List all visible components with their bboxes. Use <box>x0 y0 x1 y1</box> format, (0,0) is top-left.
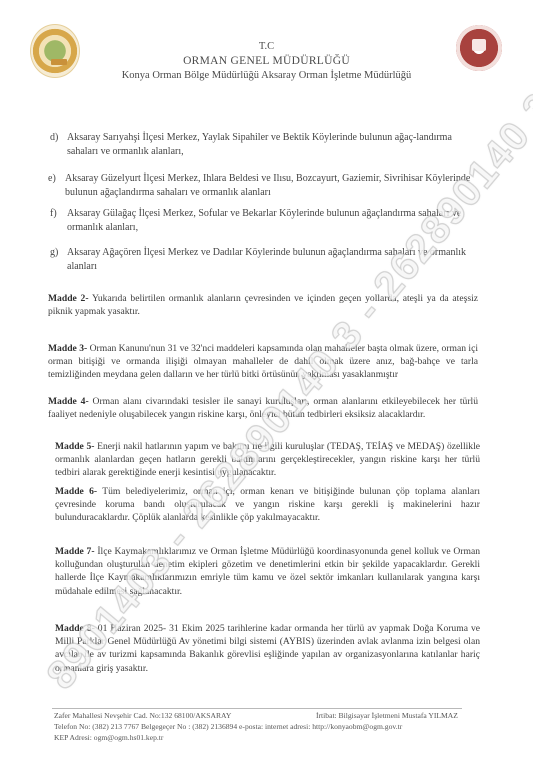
article-title: Madde 3- <box>48 343 87 354</box>
header-subtitle: Konya Orman Bölge Müdürlüğü Aksaray Orma… <box>0 70 533 81</box>
article-8: Madde 8- 01 Haziran 2025- 31 Ekim 2025 t… <box>55 622 480 675</box>
item-text: Aksaray Gülağaç İlçesi Merkez, Sofular v… <box>50 207 480 234</box>
article-title: Madde 7- <box>55 546 95 557</box>
list-item-g: g) Aksaray Ağaçören İlçesi Merkez ve Dad… <box>50 246 480 273</box>
article-7: Madde 7- İlçe Kaymakamlıklarımız ve Orma… <box>55 545 480 598</box>
item-label: f) <box>50 207 64 221</box>
footer-address: Zafer Mahallesi Nevşehir Cad. No:132 681… <box>54 711 231 720</box>
article-text: 01 Haziran 2025- 31 Ekim 2025 tarihlerin… <box>55 623 480 674</box>
article-4: Madde 4- Orman alanı civarındaki tesisle… <box>48 395 478 421</box>
article-text: Orman alanı civarındaki tesisler ile san… <box>48 396 478 420</box>
document-page: T.C ORMAN GENEL MÜDÜRLÜĞÜ Konya Orman Bö… <box>0 0 533 768</box>
header-organization: ORMAN GENEL MÜDÜRLÜĞÜ <box>0 55 533 67</box>
article-2: Madde 2- Yukarıda belirtilen ormanlık al… <box>48 292 478 318</box>
list-item-d: d) Aksaray Sarıyahşi İlçesi Merkez, Yayl… <box>50 131 480 158</box>
item-text: Aksaray Güzelyurt İlçesi Merkez, Ihlara … <box>48 172 478 199</box>
item-label: d) <box>50 131 64 145</box>
list-item-f: f) Aksaray Gülağaç İlçesi Merkez, Sofula… <box>50 207 480 234</box>
article-title: Madde 8- <box>55 623 95 634</box>
article-5: Madde 5- Enerji nakil hatlarının yapım v… <box>55 440 480 480</box>
article-text: Orman Kanunu'nun 31 ve 32'nci maddeleri … <box>48 343 478 380</box>
footer-divider <box>52 708 462 709</box>
item-text: Aksaray Ağaçören İlçesi Merkez ve Dadıla… <box>50 246 480 273</box>
item-label: e) <box>48 172 62 186</box>
article-title: Madde 2- <box>48 293 89 304</box>
footer-kep: KEP Adresi: ogm@ogm.hs01.kep.tr <box>54 733 163 742</box>
footer-phone-line: Telefon No: (382) 213 7767 Belgegeçer No… <box>54 722 402 731</box>
header-tc: T.C <box>0 41 533 52</box>
article-text: İlçe Kaymakamlıklarımız ve Orman İşletme… <box>55 546 480 597</box>
article-3: Madde 3- Orman Kanunu'nun 31 ve 32'nci m… <box>48 342 478 382</box>
item-text: Aksaray Sarıyahşi İlçesi Merkez, Yaylak … <box>50 131 480 158</box>
article-text: Enerji nakil hatlarının yapım ve bakımı … <box>55 441 480 478</box>
item-label: g) <box>50 246 64 260</box>
footer-contact-person: İrtibat: Bilgisayar İşletmeni Mustafa YI… <box>316 711 458 720</box>
article-title: Madde 4- <box>48 396 89 407</box>
list-item-e: e) Aksaray Güzelyurt İlçesi Merkez, Ihla… <box>48 172 478 199</box>
article-6: Madde 6- Tüm belediyelerimiz, orman içi,… <box>55 485 480 525</box>
article-title: Madde 5- <box>55 441 94 452</box>
article-title: Madde 6- <box>55 486 97 497</box>
article-text: Tüm belediyelerimiz, orman içi, orman ke… <box>55 486 480 523</box>
article-text: Yukarıda belirtilen ormanlık alanların ç… <box>48 293 478 317</box>
